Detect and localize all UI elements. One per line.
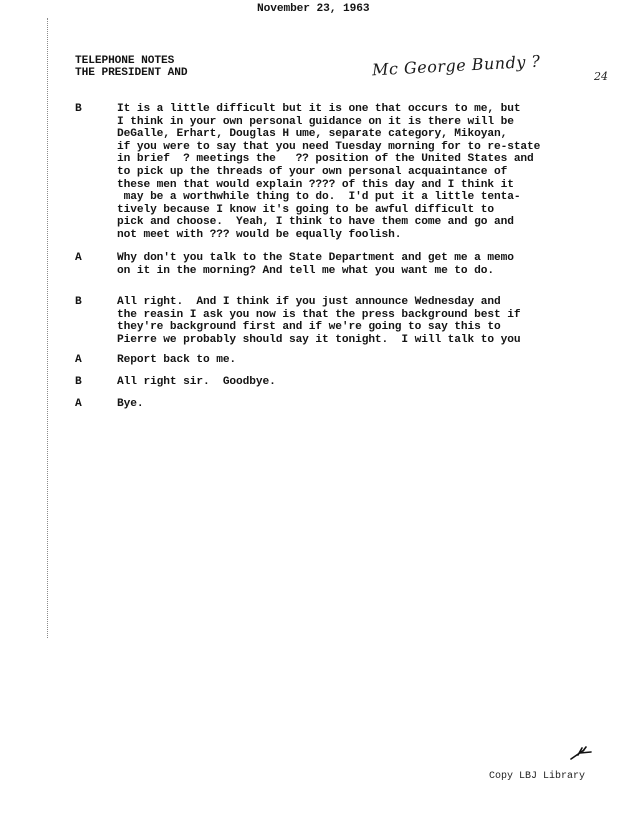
- speaker-label: B: [75, 376, 82, 389]
- utterance: All right sir. Goodbye.: [117, 376, 276, 389]
- speaker-label: B: [75, 103, 82, 116]
- speaker-label: A: [75, 354, 82, 367]
- archive-mark-icon: [570, 746, 592, 760]
- document-date: November 23, 1963: [257, 3, 369, 16]
- utterance-line: not meet with ??? would be equally fooli…: [117, 229, 540, 242]
- speaker-label: A: [75, 252, 82, 265]
- utterance-line: may be a worthwhile thing to do. I'd put…: [117, 191, 540, 204]
- utterance-line: they're background first and if we're go…: [117, 321, 520, 334]
- utterance-line: DeGalle, Erhart, Douglas H ume, separate…: [117, 128, 540, 141]
- utterance: Report back to me.: [117, 354, 236, 367]
- utterance-line: Bye.: [117, 398, 143, 411]
- utterance-line: Report back to me.: [117, 354, 236, 367]
- handwritten-page-number: 24: [594, 70, 608, 83]
- utterance: It is a little difficult but it is one t…: [117, 103, 540, 242]
- speaker-label: B: [75, 296, 82, 309]
- document-heading-line1: TELEPHONE NOTES: [75, 55, 174, 68]
- utterance-line: Why don't you talk to the State Departme…: [117, 252, 514, 265]
- utterance-line: to pick up the threads of your own perso…: [117, 166, 540, 179]
- utterance-line: I think in your own personal guidance on…: [117, 116, 540, 129]
- handwritten-annotation: Mc George Bundy ?: [372, 52, 541, 80]
- utterance-line: these men that would explain ???? of thi…: [117, 179, 540, 192]
- utterance-line: pick and choose. Yeah, I think to have t…: [117, 216, 540, 229]
- margin-dotted-line: [47, 18, 48, 638]
- utterance-line: if you were to say that you need Tuesday…: [117, 141, 540, 154]
- utterance-line: on it in the morning? And tell me what y…: [117, 265, 514, 278]
- utterance: Why don't you talk to the State Departme…: [117, 252, 514, 277]
- utterance: Bye.: [117, 398, 143, 411]
- utterance-line: All right sir. Goodbye.: [117, 376, 276, 389]
- utterance-line: in brief ? meetings the ?? position of t…: [117, 153, 540, 166]
- utterance-line: It is a little difficult but it is one t…: [117, 103, 540, 116]
- utterance-line: the reasin I ask you now is that the pre…: [117, 309, 520, 322]
- utterance-line: Pierre we probably should say it tonight…: [117, 334, 520, 347]
- speaker-label: A: [75, 398, 82, 411]
- document-heading-line2: THE PRESIDENT AND: [75, 67, 187, 80]
- utterance-line: All right. And I think if you just annou…: [117, 296, 520, 309]
- utterance: All right. And I think if you just annou…: [117, 296, 520, 346]
- document-page: November 23, 1963 TELEPHONE NOTES THE PR…: [0, 0, 638, 824]
- library-copy-footer: Copy LBJ Library: [489, 771, 585, 782]
- utterance-line: tively because I know it's going to be a…: [117, 204, 540, 217]
